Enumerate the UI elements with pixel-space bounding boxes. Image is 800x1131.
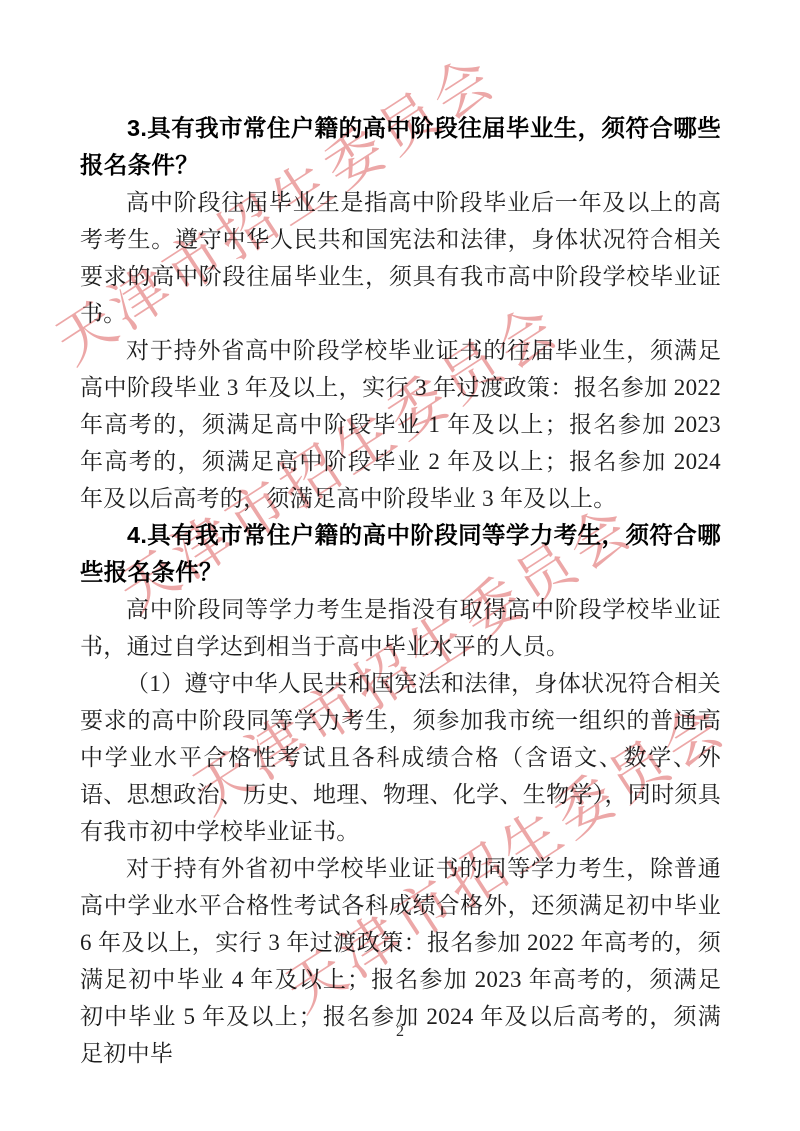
page-number: 2: [0, 1022, 800, 1042]
document-page: 3.具有我市常住户籍的高中阶段往届毕业生，须符合哪些报名条件？ 高中阶段往届毕业…: [0, 0, 800, 1131]
paragraph: 高中阶段同等学力考生是指没有取得高中阶段学校毕业证书，通过自学达到相当于高中毕业…: [80, 591, 721, 665]
section-heading-3: 3.具有我市常住户籍的高中阶段往届毕业生，须符合哪些报名条件？: [80, 110, 721, 184]
section-heading-4: 4.具有我市常住户籍的高中阶段同等学力考生，须符合哪些报名条件？: [80, 517, 721, 591]
paragraph: （1）遵守中华人民共和国宪法和法律，身体状况符合相关要求的高中阶段同等学力考生，…: [80, 665, 721, 850]
paragraph: 对于持外省高中阶段学校毕业证书的往届毕业生，须满足高中阶段毕业 3 年及以上，实…: [80, 332, 721, 517]
paragraph: 高中阶段往届毕业生是指高中阶段毕业后一年及以上的高考考生。遵守中华人民共和国宪法…: [80, 184, 721, 332]
document-body: 3.具有我市常住户籍的高中阶段往届毕业生，须符合哪些报名条件？ 高中阶段往届毕业…: [80, 110, 721, 1072]
